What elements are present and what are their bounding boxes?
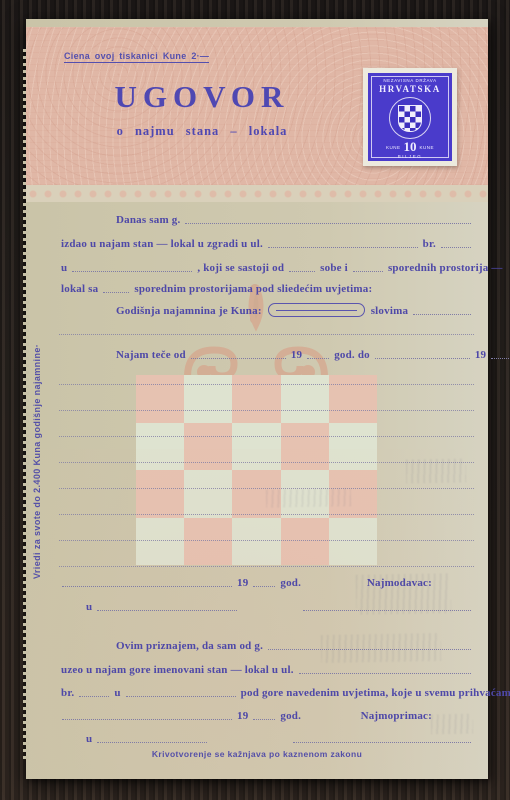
to-label: god. do	[332, 349, 372, 361]
stamp-type-label: BILJEG	[398, 154, 423, 159]
stamp-currency-right: KUNE	[420, 145, 435, 150]
document-subtitle: o najmu stana – lokala	[26, 124, 378, 139]
accept-label: pod gore navedenim uvjetima, koje u svem…	[239, 687, 510, 699]
issued-label: izdao u najam stan — lokal u zgradi u ul…	[59, 238, 265, 250]
consists-label: , koji se sastoji od	[195, 262, 286, 274]
row-lokal: lokal sa sporednim prostorijama pod slie…	[59, 280, 474, 295]
blank-line	[253, 718, 275, 720]
blank-line	[79, 695, 109, 697]
year-label: god.	[278, 577, 303, 589]
conditions-label: sporednim prostorijama pod sliedećim uvj…	[132, 283, 374, 295]
today-label: Danas sam g.	[114, 214, 182, 226]
year-prefix: 19	[289, 349, 304, 361]
year-prefix: 19	[473, 349, 488, 361]
stamp-country-text: HRVATSKA	[379, 84, 441, 94]
ruled-line	[59, 565, 474, 567]
blank-line	[353, 270, 383, 272]
rent-label: Godišnja najamnina je Kuna:	[114, 305, 264, 317]
number-label: br.	[59, 687, 76, 699]
blank-line	[491, 357, 510, 359]
in-words-label: slovima	[369, 305, 410, 317]
lokal-label: lokal sa	[59, 283, 100, 295]
row-date-lessee: 19 god. Najmoprimac:	[59, 707, 474, 722]
lease-label: Najam teče od	[114, 349, 188, 361]
validity-side-note: Vriedi za svote do 2.400 Kuna godišnje n…	[32, 289, 42, 579]
blank-line	[253, 585, 275, 587]
blank-line	[62, 585, 232, 587]
lessor-label: Najmodavac:	[365, 577, 434, 589]
revenue-stamp-design: NEZAVISNA DRŽAVA HRVATSKA KUNE 10 KUNE B…	[368, 73, 452, 161]
in-label: u	[84, 601, 94, 613]
row-accept: br. u pod gore navedenim uvjetima, koje …	[59, 684, 474, 699]
aux-rooms-label: sporednih prostorija —	[386, 262, 505, 274]
year-prefix: 19	[235, 577, 250, 589]
signature-line	[303, 609, 471, 611]
took-label: uzeo u najam gore imenovani stan — lokal…	[59, 664, 296, 676]
ruled-line	[59, 539, 474, 541]
blank-line	[62, 718, 232, 720]
amount-bracket	[268, 303, 365, 317]
blank-line	[268, 246, 418, 248]
watermark-square	[232, 470, 280, 518]
revenue-stamp: NEZAVISNA DRŽAVA HRVATSKA KUNE 10 KUNE B…	[363, 68, 457, 166]
in-label: u	[84, 733, 94, 745]
in-label: u	[59, 262, 69, 274]
number-label: br.	[421, 238, 438, 250]
row-issued: izdao u najam stan — lokal u zgradi u ul…	[59, 235, 474, 250]
blank-line	[72, 270, 192, 272]
ruled-line	[59, 487, 474, 489]
lessee-label: Najmoprimac:	[359, 710, 434, 722]
contract-sheet: Ciena ovoj tiskanici Kune 2·— UGOVOR o n…	[26, 19, 488, 779]
row-place-signature-lessee: u	[59, 730, 474, 745]
stamp-value: 10	[404, 141, 417, 153]
watermark-square	[184, 470, 232, 518]
year-label: god.	[278, 710, 303, 722]
ruled-line	[59, 333, 474, 335]
acknowledge-label: Ovim priznajem, da sam od g.	[114, 640, 265, 652]
blank-line	[185, 222, 471, 224]
year-prefix: 19	[235, 710, 250, 722]
blank-line	[97, 741, 207, 743]
signature-line	[293, 741, 471, 743]
ruled-line	[59, 461, 474, 463]
blank-line	[268, 648, 471, 650]
row-rent: Godišnja najamnina je Kuna: slovima	[59, 302, 474, 317]
blank-line	[441, 246, 471, 248]
watermark-square	[281, 518, 329, 566]
title-block: UGOVOR o najmu stana – lokala	[26, 79, 378, 139]
watermark-square	[184, 518, 232, 566]
watermark-square	[136, 518, 184, 566]
blank-line	[191, 357, 286, 359]
coat-of-arms-shield-icon	[398, 105, 422, 132]
watermark-square	[329, 470, 377, 518]
watermark-square	[329, 518, 377, 566]
blank-line	[126, 695, 236, 697]
price-note: Ciena ovoj tiskanici Kune 2·—	[64, 51, 209, 63]
watermark-square	[281, 470, 329, 518]
stamp-circle	[389, 97, 431, 139]
document-title: UGOVOR	[26, 79, 378, 115]
in-label: u	[112, 687, 122, 699]
watermark-square	[136, 470, 184, 518]
blank-line	[413, 313, 471, 315]
watermark-checkerboard	[136, 375, 377, 565]
row-place-rooms: u , koji se sastoji od sobe i sporednih …	[59, 259, 474, 274]
row-took: uzeo u najam gore imenovani stan — lokal…	[59, 661, 474, 676]
blank-line	[375, 357, 470, 359]
row-acknowledge: Ovim priznajem, da sam od g.	[59, 637, 474, 652]
row-place-signature-lessor: u	[59, 598, 474, 613]
forgery-warning: Krivotvorenje se kažnjava po kaznenom za…	[26, 749, 488, 759]
ruled-line	[59, 513, 474, 515]
row-lease-term: Najam teče od 19 god. do 19 god.	[59, 346, 474, 361]
blank-line	[299, 672, 471, 674]
watermark-square	[232, 518, 280, 566]
blank-line	[97, 609, 237, 611]
stamp-state-text: NEZAVISNA DRŽAVA	[383, 78, 436, 83]
stamp-value-row: KUNE 10 KUNE	[386, 141, 434, 153]
row-today: Danas sam g.	[59, 211, 474, 226]
rooms-label: sobe i	[318, 262, 350, 274]
stamp-currency-left: KUNE	[386, 145, 401, 150]
blank-line	[289, 270, 315, 272]
blank-line	[103, 291, 129, 293]
ruled-line	[59, 435, 474, 437]
row-date-lessor: 19 god. Najmodavac:	[59, 574, 474, 589]
ruled-line	[59, 383, 474, 385]
ruled-line	[59, 409, 474, 411]
lace-border-strip	[26, 185, 488, 202]
blank-line	[307, 357, 329, 359]
